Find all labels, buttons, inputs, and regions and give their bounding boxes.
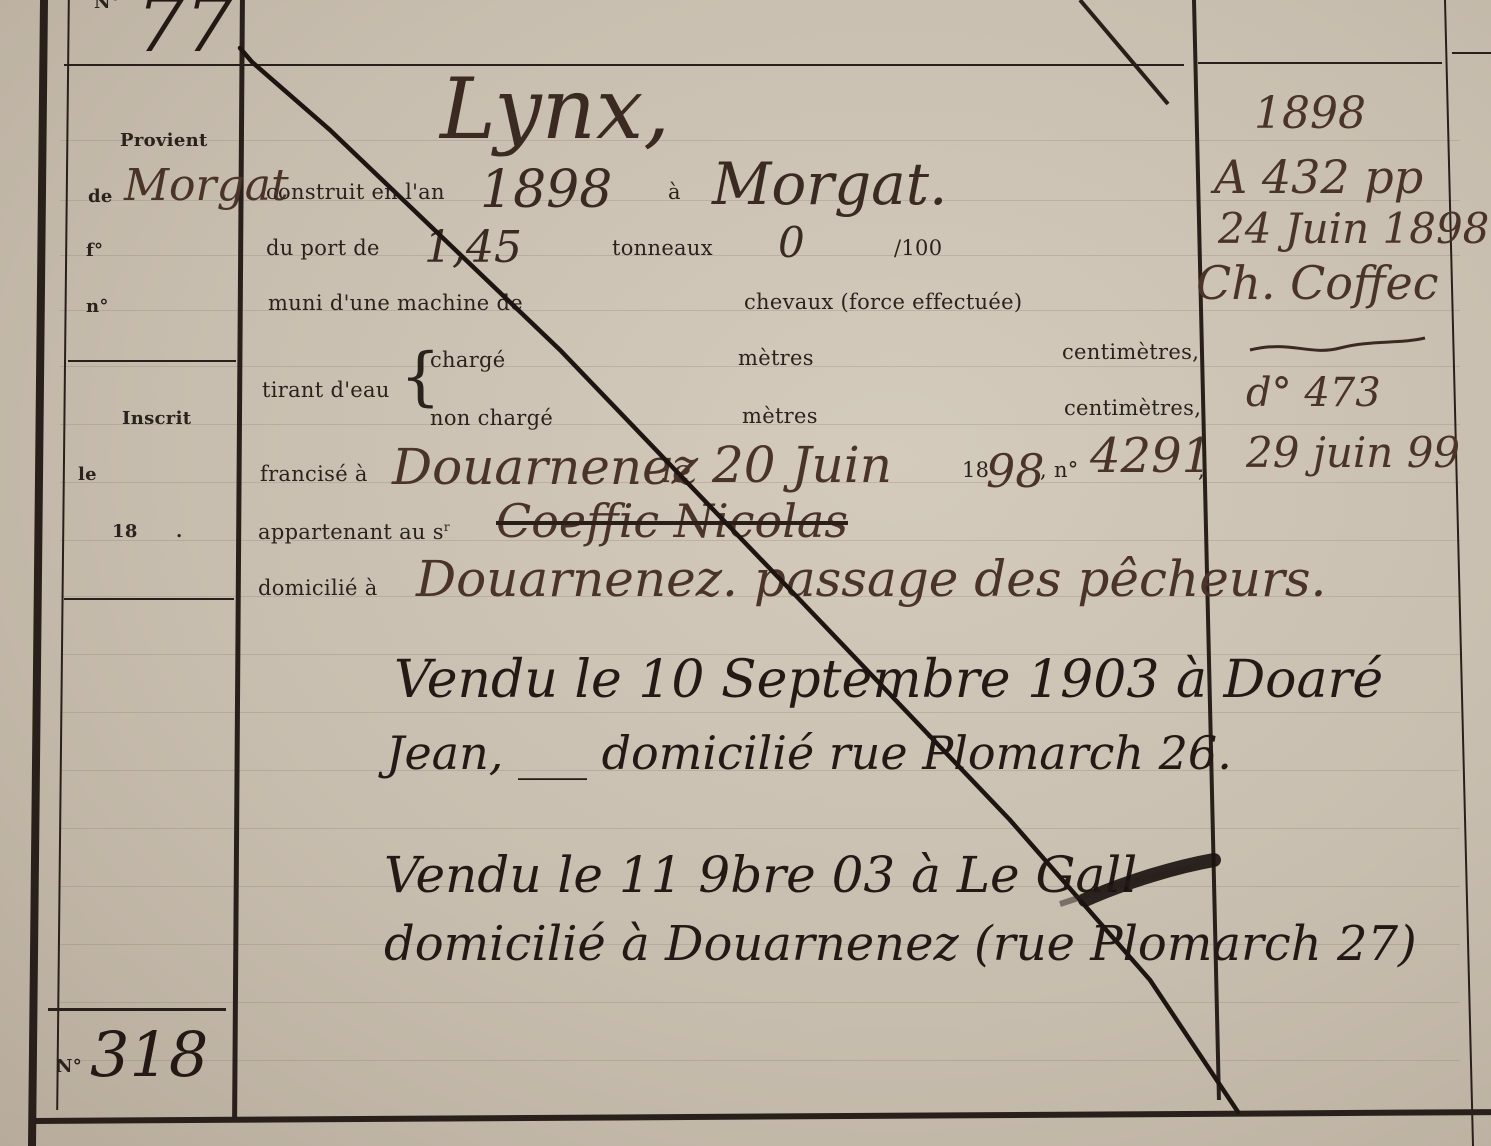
port-label: du port de	[266, 236, 380, 260]
provenance-place: Morgat	[124, 160, 289, 211]
far-right-divider	[1444, 0, 1474, 1146]
built-place: Morgat.	[712, 150, 947, 218]
right-note-year: 1898	[1254, 88, 1366, 139]
sale-note-line-3: Vendu le 11 9bre 03 à Le Gall	[384, 846, 1137, 904]
sale-note-line-1: Vendu le 10 Septembre 1903 à Doaré	[394, 650, 1383, 710]
hundredths-label: /100	[894, 236, 942, 260]
francise-number: 4291	[1090, 428, 1212, 484]
sale-note-line-4: domicilié à Douarnenez (rue Plomarch 27)	[384, 916, 1417, 972]
francise-date: 20 Juin	[712, 436, 892, 494]
francise-year-suffix: 98	[986, 444, 1045, 498]
right-note-signature: Ch. Coffec	[1196, 256, 1439, 310]
inscrit-label: Inscrit	[122, 408, 191, 429]
francise-place: Douarnenez	[392, 438, 698, 496]
centimetres-label-loaded: centimètres,	[1062, 340, 1199, 364]
built-at-label: à	[668, 180, 681, 204]
machine-label: muni d'une machine de	[268, 291, 523, 315]
non-charge-label: non chargé	[430, 406, 553, 430]
inscrit-dot: .	[176, 521, 183, 542]
owner-label: appartenant au sr	[258, 520, 450, 544]
chevaux-label: chevaux (force effectuée)	[744, 290, 1022, 314]
centimetres-label-unloaded: centimètres,	[1064, 396, 1201, 420]
tirant-label: tirant d'eau	[262, 378, 390, 402]
francise-comma: ,	[1198, 458, 1205, 482]
inscrit-le-label: le	[78, 464, 97, 485]
register-page: N° 77 Provient de Morgat f° n° Inscrit l…	[0, 0, 1491, 1146]
left-section-rule-1	[68, 360, 236, 362]
built-year: 1898	[480, 160, 612, 220]
hundredths-value: 0	[778, 218, 805, 267]
number-label: n°	[86, 296, 109, 317]
charge-label: chargé	[430, 348, 506, 372]
port-value: 1,45	[424, 222, 522, 273]
vessel-name: Lynx,	[440, 60, 670, 158]
top-number-label: N°	[94, 0, 120, 13]
francise-number-label: , n°	[1040, 458, 1079, 482]
built-label: construit en l'an	[266, 180, 445, 204]
left-section-rule-3	[48, 1008, 226, 1011]
bottom-border	[34, 1109, 1491, 1124]
bottom-number-value: 318	[90, 1018, 208, 1091]
francise-label: francisé à	[260, 462, 368, 486]
inscrit-year-label: 18	[112, 521, 138, 542]
outer-left-border	[28, 0, 48, 1146]
domicile-value: Douarnenez. passage des pêcheurs.	[416, 550, 1326, 608]
left-section-rule-2	[64, 598, 234, 600]
folio-label: f°	[86, 240, 103, 261]
metres-label-loaded: mètres	[738, 346, 814, 370]
right-note-date: 24 Juin 1898	[1218, 204, 1489, 253]
tonneaux-label: tonneaux	[612, 236, 713, 260]
provient-label: Provient	[120, 130, 208, 151]
top-number-value: 77	[127, 0, 243, 69]
owner-value-struck: Coeffic Nicolas	[496, 494, 848, 548]
sale-note-line-2: Jean, ___ domicilié rue Plomarch 26.	[386, 726, 1232, 780]
metres-label-unloaded: mètres	[742, 404, 818, 428]
right-note-ditto: d° 473	[1246, 370, 1381, 416]
de-label: de	[88, 186, 113, 207]
francise-le: le	[662, 452, 691, 490]
bottom-number-label: N°	[56, 1056, 82, 1077]
domicile-label: domicilié à	[258, 576, 378, 600]
right-note-date-2: 29 juin 99	[1246, 428, 1460, 477]
right-note-ref: A 432 pp	[1214, 150, 1423, 204]
